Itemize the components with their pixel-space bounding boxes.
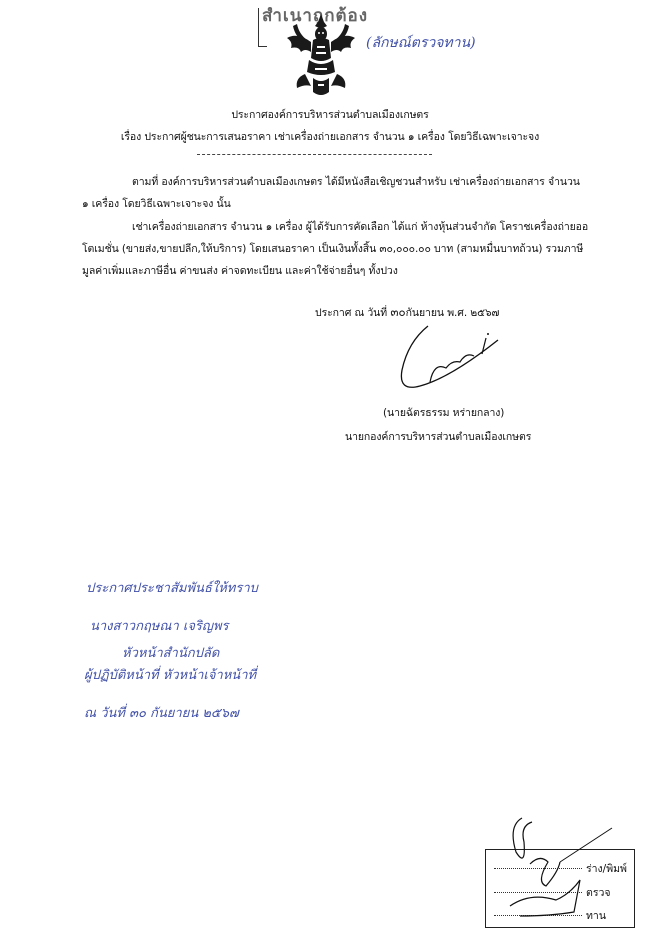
body-paragraph-2-line-3: มูลค่าเพิ่มและภาษีอื่น ค่าขนส่ง ค่าจดทะเ… [82,262,398,279]
garuda-emblem-icon [283,12,359,100]
body-paragraph-2-line-2: โตเมชั่น (ขายส่ง,ขายปลีก,ให้บริการ) โดยเ… [82,240,583,257]
handwritten-note-line-1: ประกาศประชาสัมพันธ์ให้ทราบ [86,577,258,598]
handwritten-stamp-note: (ลักษณ์ตรวจทาน) [366,32,476,54]
review-initials-mark [490,812,620,930]
date-day: ๓๐ [390,305,405,319]
signatory-name: (นายฉัตรธรรม หร่ายกลาง) [383,404,504,421]
handwritten-note-line-3: หัวหน้าสำนักปลัด [122,642,219,663]
handwritten-note-line-2: นางสาวกฤษณา เจริญพร [90,615,229,636]
signatory-position: นายกองค์การบริหารส่วนตำบลเมืองเกษตร [345,428,531,445]
date-prefix: ประกาศ ณ วันที่ [315,307,387,319]
handwritten-note-line-4: ผู้ปฏิบัติหน้าที่ หัวหน้าเจ้าหน้าที่ [84,664,256,685]
body-paragraph-2-line-1: เช่าเครื่องถ่ายเอกสาร จำนวน ๑ เครื่อง ผู… [132,218,588,235]
signature-mark [390,322,510,402]
handwritten-note-line-5: ณ วันที่ ๓๐ กันยายน ๒๕๖๗ [84,702,239,723]
announcement-date: ประกาศ ณ วันที่ ๓๐กันยายน พ.ศ. ๒๕๖๗ [315,303,499,322]
body-paragraph-1-line-2: ๑ เครื่อง โดยวิธีเฉพาะเจาะจง นั้น [82,195,231,212]
organization-heading: ประกาศองค์การบริหารส่วนตำบลเมืองเกษตร [0,106,660,123]
date-suffix: กันยายน พ.ศ. ๒๕๖๗ [406,307,500,319]
body-paragraph-1-line-1: ตามที่ องค์การบริหารส่วนตำบลเมืองเกษตร ไ… [132,173,580,190]
subject-heading: เรื่อง ประกาศผู้ชนะการเสนอราคา เช่าเครื่… [0,128,660,145]
header-divider [197,154,432,155]
